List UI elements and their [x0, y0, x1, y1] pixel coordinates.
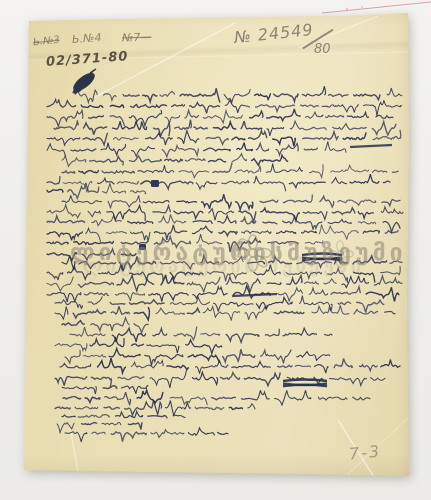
museum-watermark-echo: ლიტერატურის მუზეუმი	[82, 257, 364, 276]
document-paper: Ь.№3 Ь.№4 №7— 02/371-80 № 24549 80	[0, 0, 431, 500]
archive-number-denominator: 80	[314, 42, 331, 57]
flower-ornament-icon	[326, 240, 354, 268]
watermark-word-1: ლიტერატურის	[70, 242, 287, 265]
archive-number: № 24549 80	[234, 24, 344, 64]
shelf-mark-3: №7—	[122, 30, 152, 44]
registry-number: 02/371-80	[46, 49, 129, 70]
watermark-word-2: მუზეუმი	[287, 242, 407, 265]
museum-watermark: ლიტერატურის მუზეუმი	[70, 242, 392, 265]
page-mark: 7-3	[348, 441, 382, 463]
flower-ornament-icon	[234, 234, 272, 272]
shelf-mark-1: Ь.№3	[32, 35, 60, 49]
fold-creases	[0, 0, 431, 500]
handwritten-text	[0, 0, 431, 500]
scan-background: Ь.№3 Ь.№4 №7— 02/371-80 № 24549 80	[0, 0, 431, 500]
ink-blot	[0, 0, 431, 500]
paper-shading	[0, 0, 431, 500]
shelf-mark-2: Ь.№4	[72, 31, 102, 46]
archive-number-value: № 24549	[233, 20, 314, 47]
paper-sheet: Ь.№3 Ь.№4 №7— 02/371-80 № 24549 80	[0, 0, 431, 500]
